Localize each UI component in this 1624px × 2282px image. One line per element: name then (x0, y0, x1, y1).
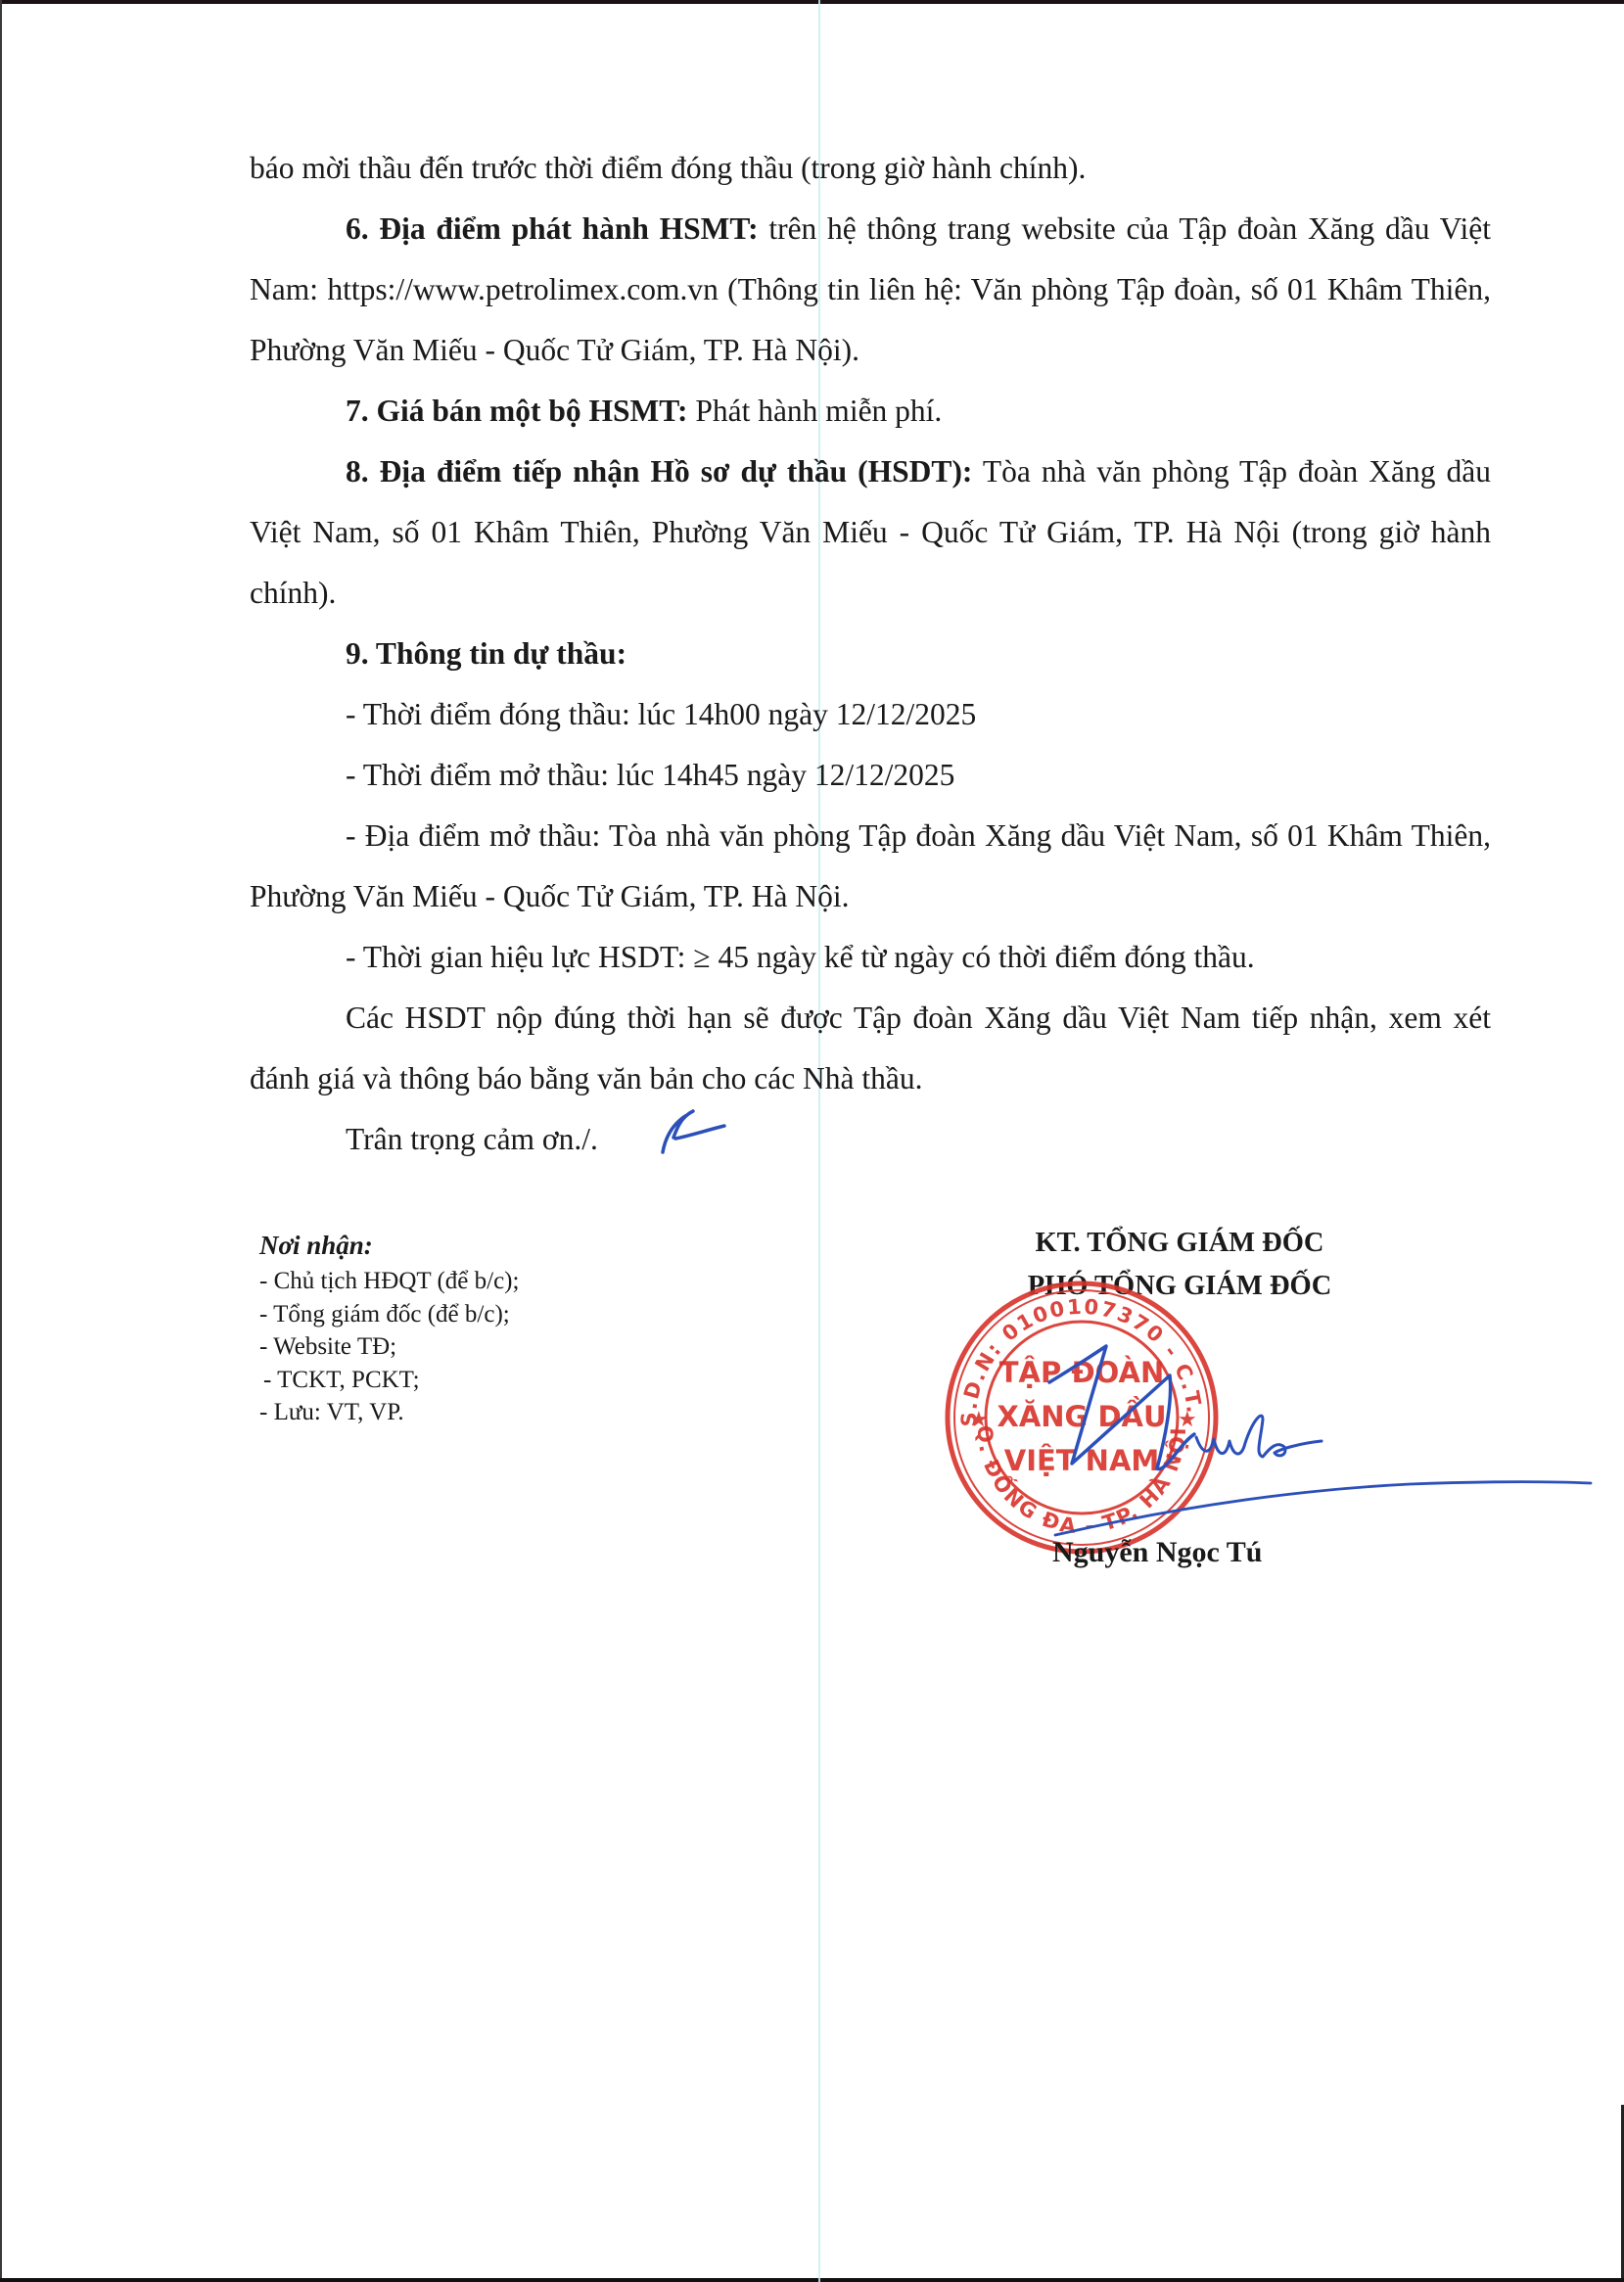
recipient-item: - TCKT, PCKT; (259, 1364, 519, 1397)
scan-border-bottom (0, 2278, 1624, 2282)
recipients-title: Nơi nhận: (259, 1226, 519, 1265)
signer-name: Nguyễn Ngọc Tú (1052, 1533, 1262, 1572)
paragraph-thanks: Trân trọng cảm ơn./. (250, 1109, 1491, 1170)
paragraph-6-issuing-location: 6. Địa điểm phát hành HSMT: trên hệ thôn… (250, 199, 1491, 381)
recipients-block: Nơi nhận: - Chủ tịch HĐQT (để b/c); - Tổ… (259, 1226, 519, 1429)
scan-border-top (0, 0, 1624, 4)
svg-text:Q. ĐỐNG ĐA - TP. HÀ NỘI: Q. ĐỐNG ĐA - TP. HÀ NỘI (973, 1424, 1191, 1538)
paragraph-closing-note: Các HSDT nộp đúng thời hạn sẽ được Tập đ… (250, 988, 1491, 1109)
seal-center-line-3: VIỆT NAM (1004, 1444, 1160, 1477)
paragraph-9-bid-info: 9. Thông tin dự thầu: (250, 624, 1491, 684)
paragraph-6-label: 6. Địa điểm phát hành HSMT: (346, 211, 759, 246)
company-seal-icon: M.S.D.N: 0100107370 - C.T.C.P Q. ĐỐNG ĐA… (935, 1273, 1229, 1566)
bid-validity-period: - Thời gian hiệu lực HSDT: ≥ 45 ngày kể … (250, 927, 1491, 988)
paragraph-8-receiving-location: 8. Địa điểm tiếp nhận Hồ sơ dự thầu (HSD… (250, 442, 1491, 624)
paragraph-9-label: 9. Thông tin dự thầu: (346, 636, 626, 671)
seal-bottom-text: Q. ĐỐNG ĐA - TP. HÀ NỘI (973, 1424, 1191, 1538)
paragraph-7-price: 7. Giá bán một bộ HSMT: Phát hành miễn p… (250, 381, 1491, 442)
recipient-item: - Tổng giám đốc (để b/c); (259, 1298, 519, 1331)
recipient-item: - Chủ tịch HĐQT (để b/c); (259, 1265, 519, 1298)
svg-text:★: ★ (969, 1408, 989, 1432)
bid-opening-location: - Địa điểm mở thầu: Tòa nhà văn phòng Tậ… (250, 806, 1491, 927)
recipient-item: - Website TĐ; (259, 1330, 519, 1364)
paragraph-7-label: 7. Giá bán một bộ HSMT: (346, 394, 687, 428)
signatory-title-line-1: KT. TỔNG GIÁM ĐỐC (940, 1222, 1419, 1265)
svg-text:★: ★ (1178, 1408, 1197, 1432)
paragraph-continuation: báo mời thầu đến trước thời điểm đóng th… (250, 138, 1491, 199)
recipient-item: - Lưu: VT, VP. (259, 1396, 519, 1429)
paragraph-8-label: 8. Địa điểm tiếp nhận Hồ sơ dự thầu (HSD… (346, 454, 972, 489)
bid-opening-time: - Thời điểm mở thầu: lúc 14h45 ngày 12/1… (250, 745, 1491, 806)
seal-center-line-1: TẬP ĐOÀN (999, 1356, 1164, 1389)
seal-center-line-2: XĂNG DẦU (997, 1397, 1166, 1433)
scan-border-left (0, 0, 2, 2282)
bid-closing-time: - Thời điểm đóng thầu: lúc 14h00 ngày 12… (250, 684, 1491, 745)
letter-body: báo mời thầu đến trước thời điểm đóng th… (250, 138, 1491, 1170)
